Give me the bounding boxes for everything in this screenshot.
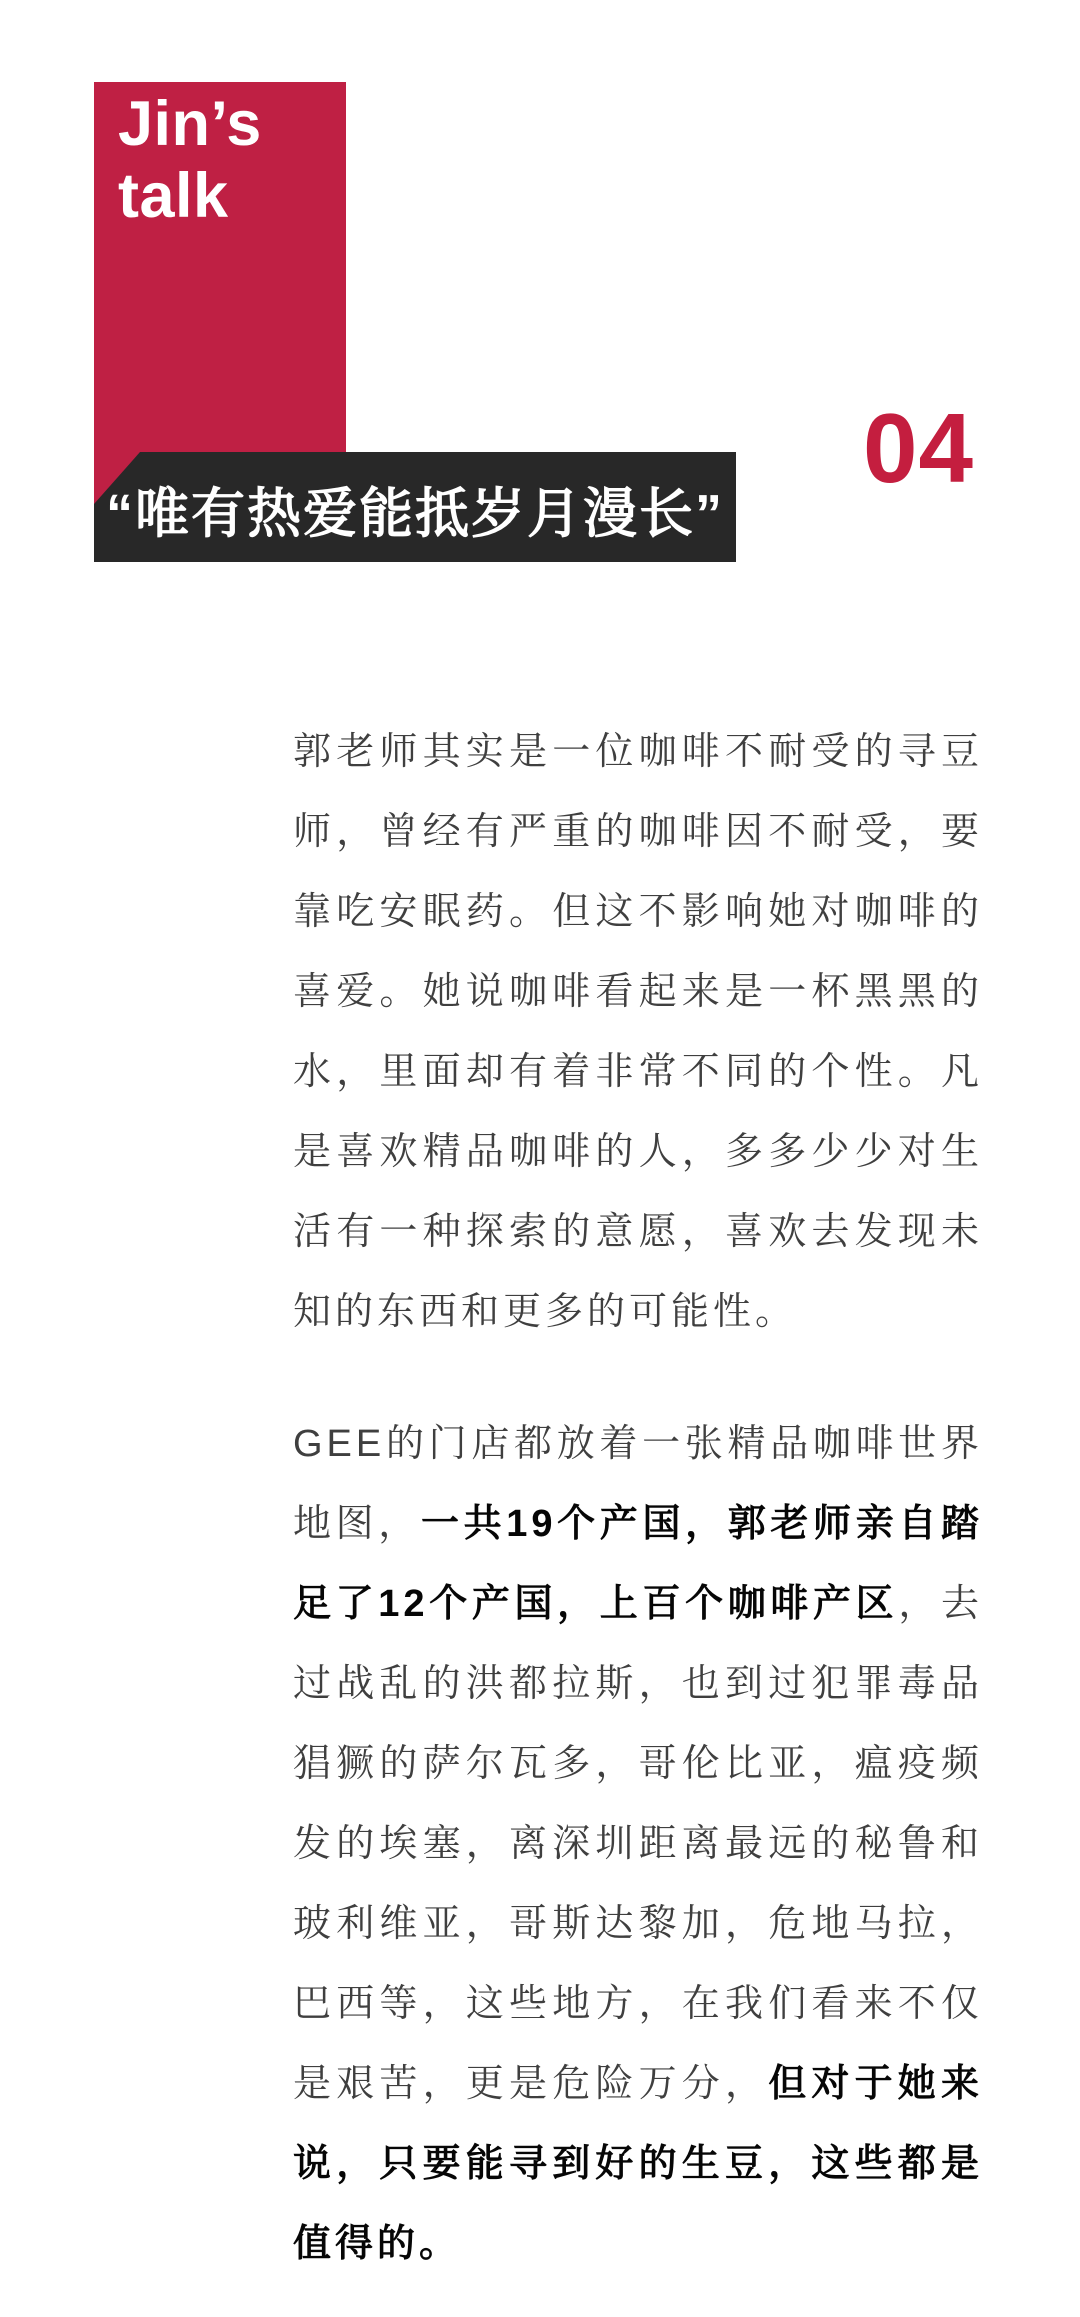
quote-text: “唯有热爱能抵岁月漫长” [106,467,724,548]
paragraph-1: 郭老师其实是一位咖啡不耐受的寻豆师，曾经有严重的咖啡因不耐受，要靠吃安眠药。但这… [293,712,983,1352]
article-body: 郭老师其实是一位咖啡不耐受的寻豆师，曾经有严重的咖啡因不耐受，要靠吃安眠药。但这… [293,712,983,2284]
section-number: 04 [863,398,974,498]
logo-text: Jin’s talk [94,82,346,232]
logo-line1: Jin’s [118,88,346,160]
text-run: ，去过战乱的洪都拉斯，也到过犯罪毒品猖獗的萨尔瓦多，哥伦比亚，瘟疫频发的埃塞，离… [293,1583,983,2105]
quote-banner: “唯有热爱能抵岁月漫长” [94,452,736,562]
logo-block: Jin’s talk [94,82,346,505]
logo-line2: talk [118,160,346,232]
text-run: 郭老师其实是一位咖啡不耐受的寻豆师，曾经有严重的咖啡因不耐受，要靠吃安眠药。但这… [293,731,983,1333]
paragraph-2: GEE的门店都放着一张精品咖啡世界地图，一共19个产国，郭老师亲自踏足了12个产… [293,1404,983,2284]
